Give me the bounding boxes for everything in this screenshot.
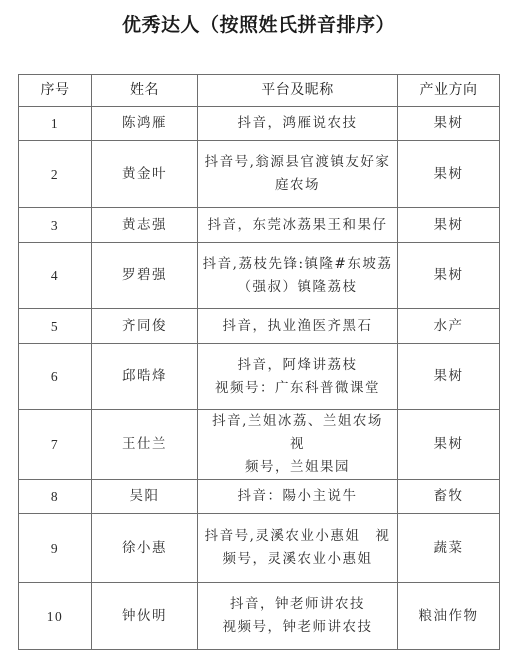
- cell-no: 1: [19, 107, 92, 141]
- table-row: 8吴阳抖音：陽小主说牛畜牧: [19, 480, 500, 514]
- cell-name: 齐同俊: [92, 309, 198, 344]
- platform-line: 庭农场: [202, 174, 393, 197]
- cell-no: 8: [19, 480, 92, 514]
- table-row: 7王仕兰抖音,兰姐冰荔、兰姐农场 视频号，兰姐果园果树: [19, 410, 500, 480]
- table-row: 4罗碧强抖音,荔枝先锋:镇隆#东坡荔（强叔）镇隆荔枝果树: [19, 243, 500, 309]
- cell-industry: 果树: [398, 410, 500, 480]
- cell-name: 黄金叶: [92, 141, 198, 208]
- header-industry: 产业方向: [398, 75, 500, 107]
- cell-industry: 水产: [398, 309, 500, 344]
- table-header-row: 序号 姓名 平台及昵称 产业方向: [19, 75, 500, 107]
- table-row: 1陈鸿雁抖音，鸿雁说农技果树: [19, 107, 500, 141]
- platform-line: 抖音：陽小主说牛: [202, 485, 393, 508]
- platform-line: （强叔）镇隆荔枝: [202, 276, 393, 299]
- cell-platform: 抖音，阿烽讲荔枝视频号：广东科普微课堂: [198, 344, 398, 410]
- cell-industry: 果树: [398, 141, 500, 208]
- cell-industry: 果树: [398, 344, 500, 410]
- platform-line: 抖音,兰姐冰荔、兰姐农场 视: [202, 410, 393, 456]
- cell-platform: 抖音,荔枝先锋:镇隆#东坡荔（强叔）镇隆荔枝: [198, 243, 398, 309]
- cell-platform: 抖音：陽小主说牛: [198, 480, 398, 514]
- table-row: 10钟伙明抖音，钟老师讲农技视频号，钟老师讲农技粮油作物: [19, 583, 500, 650]
- table-row: 5齐同俊抖音，执业渔医齐黑石水产: [19, 309, 500, 344]
- cell-no: 2: [19, 141, 92, 208]
- platform-line: 视频号：广东科普微课堂: [202, 377, 393, 400]
- cell-name: 邱晧烽: [92, 344, 198, 410]
- cell-platform: 抖音，钟老师讲农技视频号，钟老师讲农技: [198, 583, 398, 650]
- cell-industry: 畜牧: [398, 480, 500, 514]
- platform-line: 抖音,荔枝先锋:镇隆#东坡荔: [202, 253, 393, 276]
- cell-name: 黄志强: [92, 208, 198, 243]
- document-title: 优秀达人（按照姓氏拼音排序）: [0, 12, 517, 38]
- cell-no: 10: [19, 583, 92, 650]
- header-platform: 平台及昵称: [198, 75, 398, 107]
- platform-line: 抖音，鸿雁说农技: [202, 112, 393, 135]
- cell-no: 6: [19, 344, 92, 410]
- cell-industry: 果树: [398, 208, 500, 243]
- cell-no: 3: [19, 208, 92, 243]
- cell-industry: 果树: [398, 107, 500, 141]
- platform-line: 抖音，东莞冰荔果王和果仔: [202, 214, 393, 237]
- cell-platform: 抖音,兰姐冰荔、兰姐农场 视频号，兰姐果园: [198, 410, 398, 480]
- platform-line: 抖音，钟老师讲农技: [202, 593, 393, 616]
- cell-platform: 抖音，东莞冰荔果王和果仔: [198, 208, 398, 243]
- cell-industry: 粮油作物: [398, 583, 500, 650]
- cell-platform: 抖音，执业渔医齐黑石: [198, 309, 398, 344]
- header-name: 姓名: [92, 75, 198, 107]
- cell-no: 4: [19, 243, 92, 309]
- table-row: 2黄金叶抖音号,翁源县官渡镇友好家庭农场果树: [19, 141, 500, 208]
- cell-no: 7: [19, 410, 92, 480]
- cell-name: 吴阳: [92, 480, 198, 514]
- table-row: 6邱晧烽抖音，阿烽讲荔枝视频号：广东科普微课堂果树: [19, 344, 500, 410]
- platform-line: 抖音，阿烽讲荔枝: [202, 354, 393, 377]
- cell-platform: 抖音号,灵溪农业小惠姐 视频号，灵溪农业小惠姐: [198, 514, 398, 583]
- cell-name: 徐小惠: [92, 514, 198, 583]
- cell-platform: 抖音，鸿雁说农技: [198, 107, 398, 141]
- table-row: 9徐小惠抖音号,灵溪农业小惠姐 视频号，灵溪农业小惠姐蔬菜: [19, 514, 500, 583]
- header-no: 序号: [19, 75, 92, 107]
- platform-line: 频号，灵溪农业小惠姐: [202, 548, 393, 571]
- cell-platform: 抖音号,翁源县官渡镇友好家庭农场: [198, 141, 398, 208]
- platform-line: 抖音号,灵溪农业小惠姐 视: [202, 525, 393, 548]
- platform-line: 视频号，钟老师讲农技: [202, 616, 393, 639]
- cell-name: 罗碧强: [92, 243, 198, 309]
- cell-name: 陈鸿雁: [92, 107, 198, 141]
- platform-line: 频号，兰姐果园: [202, 456, 393, 479]
- platform-line: 抖音，执业渔医齐黑石: [202, 315, 393, 338]
- platform-line: 抖音号,翁源县官渡镇友好家: [202, 151, 393, 174]
- cell-name: 钟伙明: [92, 583, 198, 650]
- cell-no: 5: [19, 309, 92, 344]
- table-body: 1陈鸿雁抖音，鸿雁说农技果树2黄金叶抖音号,翁源县官渡镇友好家庭农场果树3黄志强…: [19, 107, 500, 650]
- cell-industry: 果树: [398, 243, 500, 309]
- cell-name: 王仕兰: [92, 410, 198, 480]
- talent-table: 序号 姓名 平台及昵称 产业方向 1陈鸿雁抖音，鸿雁说农技果树2黄金叶抖音号,翁…: [18, 74, 500, 650]
- cell-no: 9: [19, 514, 92, 583]
- table-row: 3黄志强抖音，东莞冰荔果王和果仔果树: [19, 208, 500, 243]
- cell-industry: 蔬菜: [398, 514, 500, 583]
